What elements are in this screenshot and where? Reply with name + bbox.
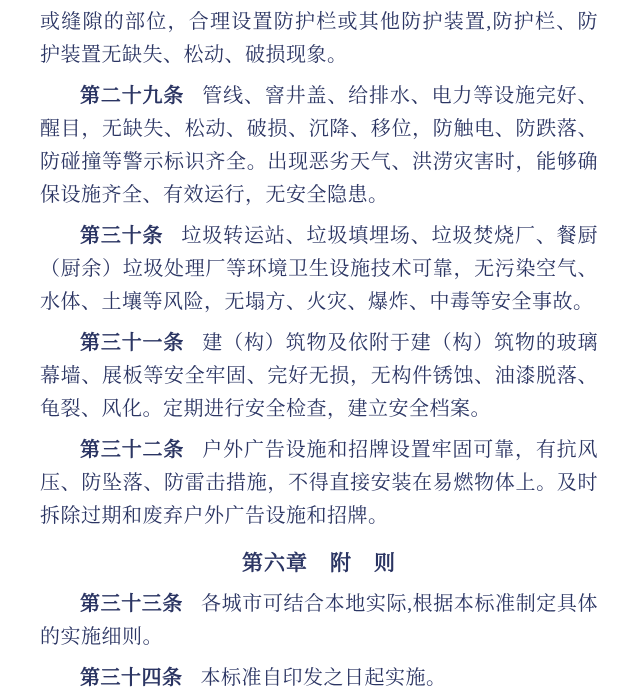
chapter-heading: 第六章 附 则 — [40, 547, 598, 580]
paragraph-text: 或缝隙的部位，合理设置防护栏或其他防护装置,防护栏、防护装置无缺失、松动、破损现… — [40, 11, 598, 66]
paragraph-text: 本标准自印发之日起实施。 — [201, 667, 447, 689]
paragraph-article-34: 第三十四条本标准自印发之日起实施。 — [40, 662, 598, 695]
document-page: 或缝隙的部位，合理设置防护栏或其他防护装置,防护栏、防护装置无缺失、松动、破损现… — [0, 0, 628, 700]
paragraph-continuation: 或缝隙的部位，合理设置防护栏或其他防护装置,防护栏、防护装置无缺失、松动、破损现… — [40, 6, 598, 72]
paragraph-article-33: 第三十三条各城市可结合本地实际,根据本标准制定具体的实施细则。 — [40, 588, 598, 654]
paragraph-article-32: 第三十二条户外广告设施和招牌设置牢固可靠，有抗风压、防坠落、防雷击措施，不得直接… — [40, 434, 598, 533]
article-label: 第三十条 — [80, 225, 163, 247]
article-label: 第三十四条 — [80, 667, 183, 689]
paragraph-article-31: 第三十一条建（构）筑物及依附于建（构）筑物的玻璃幕墙、展板等安全牢固、完好无损，… — [40, 327, 598, 426]
article-label: 第二十九条 — [80, 85, 184, 107]
article-label: 第三十一条 — [80, 332, 184, 354]
paragraph-article-30: 第三十条垃圾转运站、垃圾填埋场、垃圾焚烧厂、餐厨（厨余）垃圾处理厂等环境卫生设施… — [40, 220, 598, 319]
paragraph-article-29: 第二十九条管线、窨井盖、给排水、电力等设施完好、醒目，无缺失、松动、破损、沉降、… — [40, 80, 598, 212]
article-label: 第三十二条 — [80, 439, 184, 461]
article-label: 第三十三条 — [80, 593, 183, 615]
